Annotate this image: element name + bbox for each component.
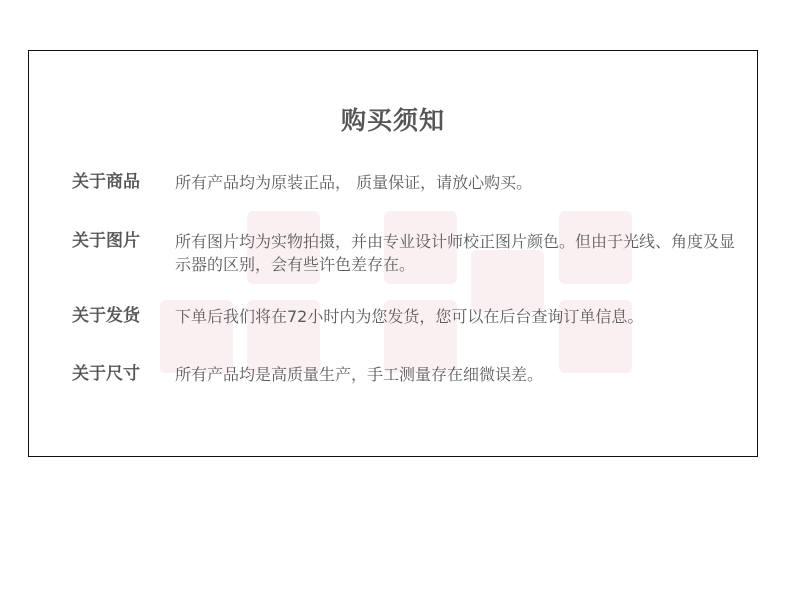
notice-item-label: 关于商品: [72, 171, 140, 194]
notice-item-label: 关于图片: [72, 230, 140, 253]
page-title: 购买须知: [29, 101, 757, 137]
notice-item-text: 所有产品均是高质量生产，手工测量存在细微误差。: [175, 363, 735, 386]
purchase-notice-panel: 购买须知 关于商品 所有产品均为原装正品， 质量保证，请放心购买。 关于图片 所…: [28, 50, 758, 457]
notice-item-label: 关于尺寸: [72, 363, 140, 386]
notice-item-label: 关于发货: [72, 305, 140, 328]
notice-item-text: 下单后我们将在72小时内为您发货，您可以在后台查询订单信息。: [175, 305, 735, 328]
notice-item-text: 所有产品均为原装正品， 质量保证，请放心购买。: [175, 171, 735, 194]
notice-item-text: 所有图片均为实物拍摄，并由专业设计师校正图片颜色。但由于光线、角度及显示器的区别…: [175, 230, 735, 276]
